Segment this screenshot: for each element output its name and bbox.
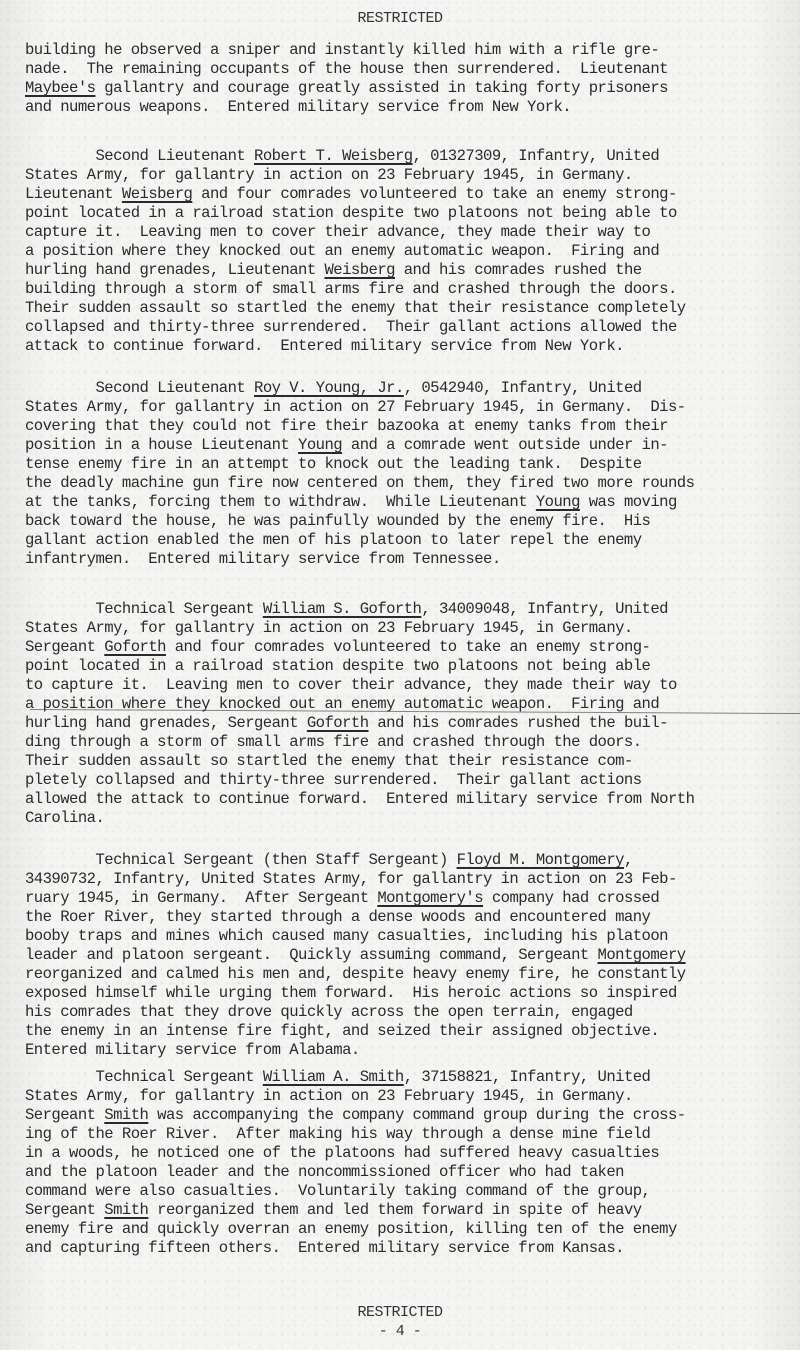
text-line: pletely collapsed and thirty-three surre… xyxy=(25,771,785,790)
text-line: building he observed a sniper and instan… xyxy=(25,41,785,60)
underlined-name: Smith xyxy=(104,1106,148,1124)
text-line: covering that they could not fire their … xyxy=(25,417,785,436)
text-line: reorganized and calmed his men and, desp… xyxy=(25,965,785,984)
text-line: Sergeant Smith reorganized them and led … xyxy=(25,1201,785,1220)
text-line: hurling hand grenades, Lieutenant Weisbe… xyxy=(25,261,785,280)
text-line: the enemy in an intense fire fight, and … xyxy=(25,1022,785,1041)
text-line: Second Lieutenant Roy V. Young, Jr., 054… xyxy=(25,379,785,398)
underlined-name: Floyd M. Montgomery xyxy=(457,851,624,869)
underlined-name: Goforth xyxy=(307,714,369,732)
text-line: ing of the Roer River. After making his … xyxy=(25,1125,785,1144)
text-line: Lieutenant Weisberg and four comrades vo… xyxy=(25,185,785,204)
text-line: Sergeant Goforth and four comrades volun… xyxy=(25,638,785,657)
text-line: ding through a storm of small arms fire … xyxy=(25,733,785,752)
underlined-name: Young xyxy=(298,436,342,454)
text-line: Technical Sergeant (then Staff Sergeant)… xyxy=(25,851,785,870)
text-line: in a woods, he noticed one of the platoo… xyxy=(25,1144,785,1163)
paragraph-weisberg: Second Lieutenant Robert T. Weisberg, 01… xyxy=(25,147,785,356)
text-line: Technical Sergeant William S. Goforth, 3… xyxy=(25,600,785,619)
underlined-name: Maybee's xyxy=(25,79,95,97)
text-line: 34390732, Infantry, United States Army, … xyxy=(25,870,785,889)
text-line: Sergeant Smith was accompanying the comp… xyxy=(25,1106,785,1125)
text-line: States Army, for gallantry in action on … xyxy=(25,166,785,185)
text-line: Carolina. xyxy=(25,809,785,828)
text-line: and capturing fifteen others. Entered mi… xyxy=(25,1239,785,1258)
text-line: capture it. Leaving men to cover their a… xyxy=(25,223,785,242)
underlined-name: Montgomery's xyxy=(377,889,483,907)
text-line: to capture it. Leaving men to cover thei… xyxy=(25,676,785,695)
underlined-name: Young xyxy=(536,493,580,511)
text-line: Maybee's gallantry and courage greatly a… xyxy=(25,79,785,98)
paragraph-young: Second Lieutenant Roy V. Young, Jr., 054… xyxy=(25,379,785,569)
text-line: nade. The remaining occupants of the hou… xyxy=(25,60,785,79)
text-line: attack to continue forward. Entered mili… xyxy=(25,337,785,356)
text-line: exposed himself while urging them forwar… xyxy=(25,984,785,1003)
text-line: his comrades that they drove quickly acr… xyxy=(25,1003,785,1022)
text-line: ruary 1945, in Germany. After Sergeant M… xyxy=(25,889,785,908)
text-line: Entered military service from Alabama. xyxy=(25,1041,785,1060)
text-line: infantrymen. Entered military service fr… xyxy=(25,550,785,569)
paragraph-montgomery: Technical Sergeant (then Staff Sergeant)… xyxy=(25,851,785,1060)
paragraph-smith: Technical Sergeant William A. Smith, 371… xyxy=(25,1068,785,1258)
document-page: RESTRICTED building he observed a sniper… xyxy=(0,0,800,1350)
page-number: - 4 - xyxy=(0,1322,800,1341)
underlined-name: Roy V. Young, Jr. xyxy=(254,379,404,397)
text-line: command were also casualties. Voluntaril… xyxy=(25,1182,785,1201)
text-line: leader and platoon sergeant. Quickly ass… xyxy=(25,946,785,965)
underlined-name: Goforth xyxy=(104,638,166,656)
text-line: States Army, for gallantry in action on … xyxy=(25,1087,785,1106)
text-line: Their sudden assault so startled the ene… xyxy=(25,299,785,318)
underlined-name: Weisberg xyxy=(122,185,192,203)
text-line: States Army, for gallantry in action on … xyxy=(25,619,785,638)
text-line: and the platoon leader and the noncommis… xyxy=(25,1163,785,1182)
text-line: enemy fire and quickly overran an enemy … xyxy=(25,1220,785,1239)
underlined-name: Weisberg xyxy=(324,261,394,279)
text-line: position in a house Lieutenant Young and… xyxy=(25,436,785,455)
underlined-name: William S. Goforth xyxy=(263,600,422,618)
text-line: at the tanks, forcing them to withdraw. … xyxy=(25,493,785,512)
text-line: and numerous weapons. Entered military s… xyxy=(25,98,785,117)
classification-header: RESTRICTED xyxy=(0,10,800,27)
text-line: building through a storm of small arms f… xyxy=(25,280,785,299)
underlined-name: Robert T. Weisberg xyxy=(254,147,413,165)
text-line: collapsed and thirty-three surrendered. … xyxy=(25,318,785,337)
underlined-name: Smith xyxy=(104,1201,148,1219)
text-line: Their sudden assault so startled the ene… xyxy=(25,752,785,771)
text-line: Second Lieutenant Robert T. Weisberg, 01… xyxy=(25,147,785,166)
text-line: point located in a railroad station desp… xyxy=(25,204,785,223)
text-line: the Roer River, they started through a d… xyxy=(25,908,785,927)
text-line: the deadly machine gun fire now centered… xyxy=(25,474,785,493)
text-line: tense enemy fire in an attempt to knock … xyxy=(25,455,785,474)
classification-footer: RESTRICTED - 4 - xyxy=(0,1303,800,1341)
text-line: a position where they knocked out an ene… xyxy=(25,242,785,261)
text-line: States Army, for gallantry in action on … xyxy=(25,398,785,417)
underlined-name: Montgomery xyxy=(598,946,686,964)
footer-classification: RESTRICTED xyxy=(357,1304,442,1321)
paragraph-goforth: Technical Sergeant William S. Goforth, 3… xyxy=(25,600,785,828)
text-line: back toward the house, he was painfully … xyxy=(25,512,785,531)
text-line: booby traps and mines which caused many … xyxy=(25,927,785,946)
paragraph-maybee-continued: building he observed a sniper and instan… xyxy=(25,41,785,117)
text-line: hurling hand grenades, Sergeant Goforth … xyxy=(25,714,785,733)
text-line: Technical Sergeant William A. Smith, 371… xyxy=(25,1068,785,1087)
text-line: gallant action enabled the men of his pl… xyxy=(25,531,785,550)
underlined-name: William A. Smith xyxy=(263,1068,404,1086)
text-line: allowed the attack to continue forward. … xyxy=(25,790,785,809)
text-line: point located in a railroad station desp… xyxy=(25,657,785,676)
